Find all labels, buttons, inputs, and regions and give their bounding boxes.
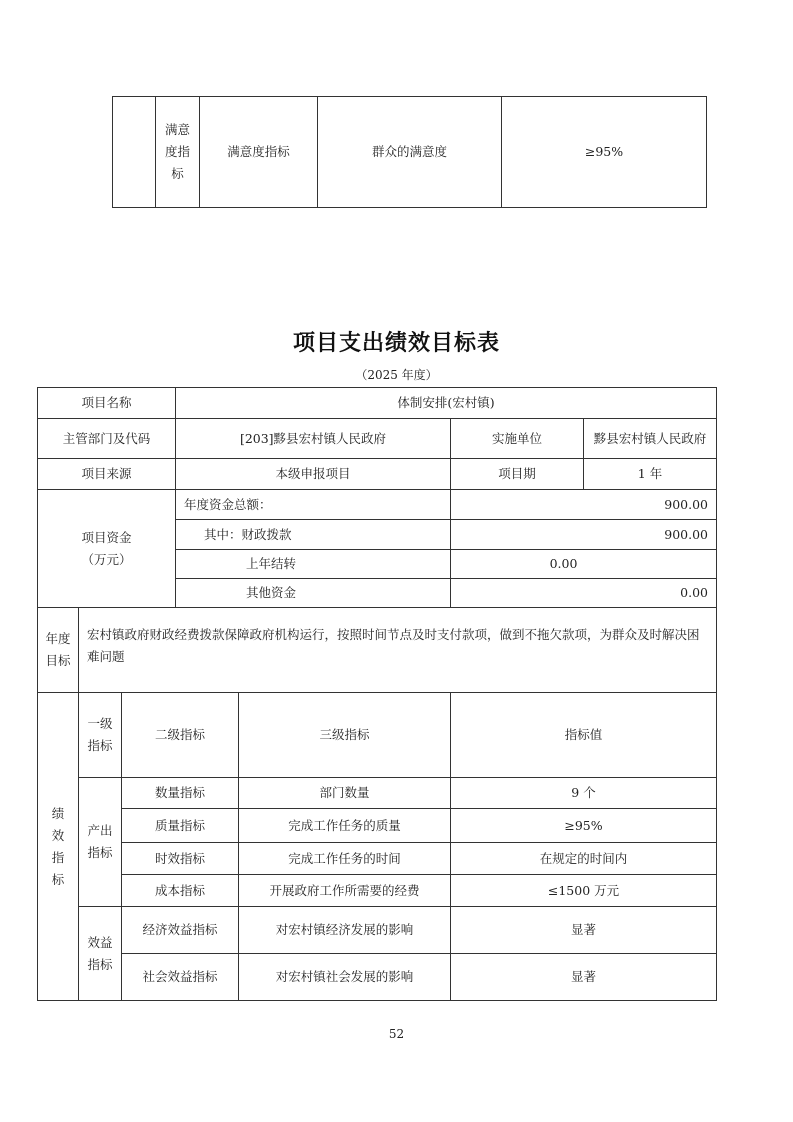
impl-label: 实施单位 — [450, 418, 584, 459]
label-text: 项目期 — [498, 463, 536, 485]
value-text: 体制安排(宏村镇) — [397, 392, 494, 414]
cell-text: 在规定的时间内 — [540, 848, 628, 870]
funds-carryover-label: 上年结转 — [175, 549, 451, 579]
label-text: 指 — [52, 847, 65, 869]
table-row-value: 在规定的时间内 — [450, 842, 717, 875]
table-row-value: 9 个 — [450, 777, 717, 809]
value-text: 本级申报项目 — [275, 463, 350, 485]
header-value: 指标值 — [450, 692, 717, 778]
prev-level2-text: 满意度指标 — [227, 141, 290, 163]
funds-other-value: 0.00 — [450, 578, 717, 608]
label-text: 项目名称 — [81, 392, 131, 414]
page-title: 项目支出绩效目标表 — [0, 326, 793, 357]
label-text: 效益 — [87, 932, 112, 954]
table-row-level3: 部门数量 — [238, 777, 451, 809]
label-text: （万元） — [81, 549, 131, 571]
funds-total-label: 年度资金总额： — [175, 489, 451, 520]
header-text: 一级 — [87, 713, 112, 735]
impl-value: 黟县宏村镇人民政府 — [583, 418, 717, 459]
label-text: 绩 — [52, 803, 65, 825]
cell-text: 9 个 — [571, 782, 595, 804]
dept-label: 主管部门及代码 — [37, 418, 176, 459]
table-row-level2: 数量指标 — [121, 777, 239, 809]
cell-text: ≤1500 万元 — [548, 880, 619, 902]
cell-text: 数量指标 — [155, 782, 205, 804]
cell-text: 完成工作任务的时间 — [288, 848, 401, 870]
label-text: 项目来源 — [81, 463, 131, 485]
prev-value-text: ≥95% — [585, 141, 623, 163]
funds-fiscal-value: 900.00 — [450, 519, 717, 550]
cell-text: 开展政府工作所需要的经费 — [269, 880, 419, 902]
label-text: 标 — [52, 869, 65, 891]
cell-text: 成本指标 — [155, 880, 205, 902]
prev-level3-cell: 群众的满意度 — [317, 96, 502, 208]
header-text: 三级指标 — [319, 724, 369, 746]
source-label: 项目来源 — [37, 458, 176, 490]
prev-level1-line: 度指 — [165, 141, 190, 163]
value-text: 0.00 — [680, 582, 708, 604]
cell-text: 对宏村镇社会发展的影响 — [276, 966, 414, 988]
table-row-value: ≤1500 万元 — [450, 874, 717, 907]
label-text: 年度资金总额： — [184, 494, 272, 516]
label-text: 年度 — [45, 628, 70, 650]
funds-fiscal-label: 其中：财政拨款 — [175, 519, 451, 550]
table-row-value: 显著 — [450, 953, 717, 1001]
header-level1: 一级 指标 — [78, 692, 122, 778]
table-row-level3: 开展政府工作所需要的经费 — [238, 874, 451, 907]
cell-text: 部门数量 — [319, 782, 369, 804]
cell-text: 显著 — [571, 919, 596, 941]
table-row-level3: 对宏村镇经济发展的影响 — [238, 906, 451, 954]
value-text: 0.00 — [550, 553, 578, 575]
dept-value: [203]黟县宏村镇人民政府 — [175, 418, 451, 459]
prev-level1-line: 满意 — [165, 119, 190, 141]
cell-text: 完成工作任务的质量 — [288, 815, 401, 837]
label-text: 产出 — [87, 820, 112, 842]
value-text: 900.00 — [664, 524, 708, 546]
value-text: [203]黟县宏村镇人民政府 — [240, 428, 386, 450]
table-row-value: ≥95% — [450, 808, 717, 843]
goal-label: 年度 目标 — [37, 607, 79, 693]
cell-text: 对宏村镇经济发展的影响 — [276, 919, 414, 941]
table-row-level3: 完成工作任务的时间 — [238, 842, 451, 875]
funds-carryover-value: 0.00 — [450, 549, 717, 579]
funds-label: 项目资金 （万元） — [37, 489, 176, 608]
cell-text: 社会效益指标 — [142, 966, 217, 988]
header-text: 指标值 — [565, 724, 603, 746]
goal-text: 宏村镇政府财政经费拨款保障政府机构运行，按照时间节点及时支付款项，做到不拖欠款项… — [78, 607, 717, 693]
prev-value-cell: ≥95% — [501, 96, 707, 208]
output-indicators-label: 产出 指标 — [78, 777, 122, 907]
label-text: 指标 — [87, 954, 112, 976]
cell-text: ≥95% — [564, 815, 602, 837]
table-row-level2: 时效指标 — [121, 842, 239, 875]
header-level3: 三级指标 — [238, 692, 451, 778]
source-value: 本级申报项目 — [175, 458, 451, 490]
project-name-label: 项目名称 — [37, 387, 176, 419]
prev-level2-cell: 满意度指标 — [199, 96, 318, 208]
label-text: 效 — [52, 825, 65, 847]
table-row-level2: 质量指标 — [121, 808, 239, 843]
value-text: 黟县宏村镇人民政府 — [594, 428, 707, 450]
label-text: 其中：财政拨款 — [204, 524, 292, 546]
prev-level3-text: 群众的满意度 — [372, 141, 447, 163]
indicators-group-label: 绩 效 指 标 — [37, 692, 79, 1001]
value-text: 900.00 — [664, 494, 708, 516]
cell-text: 质量指标 — [155, 815, 205, 837]
funds-other-label: 其他资金 — [175, 578, 451, 608]
prev-group-cell — [112, 96, 156, 208]
cell-text: 显著 — [571, 966, 596, 988]
funds-total-value: 900.00 — [450, 489, 717, 520]
table-row-level2: 社会效益指标 — [121, 953, 239, 1001]
label-text: 上年结转 — [246, 553, 296, 575]
header-level2: 二级指标 — [121, 692, 239, 778]
value-text: 1 年 — [638, 463, 662, 485]
goal-description: 宏村镇政府财政经费拨款保障政府机构运行，按照时间节点及时支付款项，做到不拖欠款项… — [87, 624, 708, 668]
project-name-value: 体制安排(宏村镇) — [175, 387, 717, 419]
period-value: 1 年 — [583, 458, 717, 490]
label-text: 指标 — [87, 842, 112, 864]
header-text: 指标 — [87, 735, 112, 757]
period-label: 项目期 — [450, 458, 584, 490]
table-row-level3: 对宏村镇社会发展的影响 — [238, 953, 451, 1001]
label-text: 其他资金 — [246, 582, 296, 604]
prev-level1-cell: 满意 度指 标 — [155, 96, 200, 208]
label-text: 目标 — [45, 650, 70, 672]
benefit-indicators-label: 效益 指标 — [78, 906, 122, 1001]
label-text: 实施单位 — [492, 428, 542, 450]
page-number: 52 — [0, 1027, 793, 1041]
header-text: 二级指标 — [155, 724, 205, 746]
table-row-level2: 经济效益指标 — [121, 906, 239, 954]
prev-level1-line: 标 — [171, 163, 184, 185]
table-row-level2: 成本指标 — [121, 874, 239, 907]
cell-text: 经济效益指标 — [142, 919, 217, 941]
cell-text: 时效指标 — [155, 848, 205, 870]
label-text: 主管部门及代码 — [63, 428, 151, 450]
table-row-value: 显著 — [450, 906, 717, 954]
page-subtitle: （2025 年度） — [0, 366, 793, 383]
label-text: 项目资金 — [81, 527, 131, 549]
table-row-level3: 完成工作任务的质量 — [238, 808, 451, 843]
